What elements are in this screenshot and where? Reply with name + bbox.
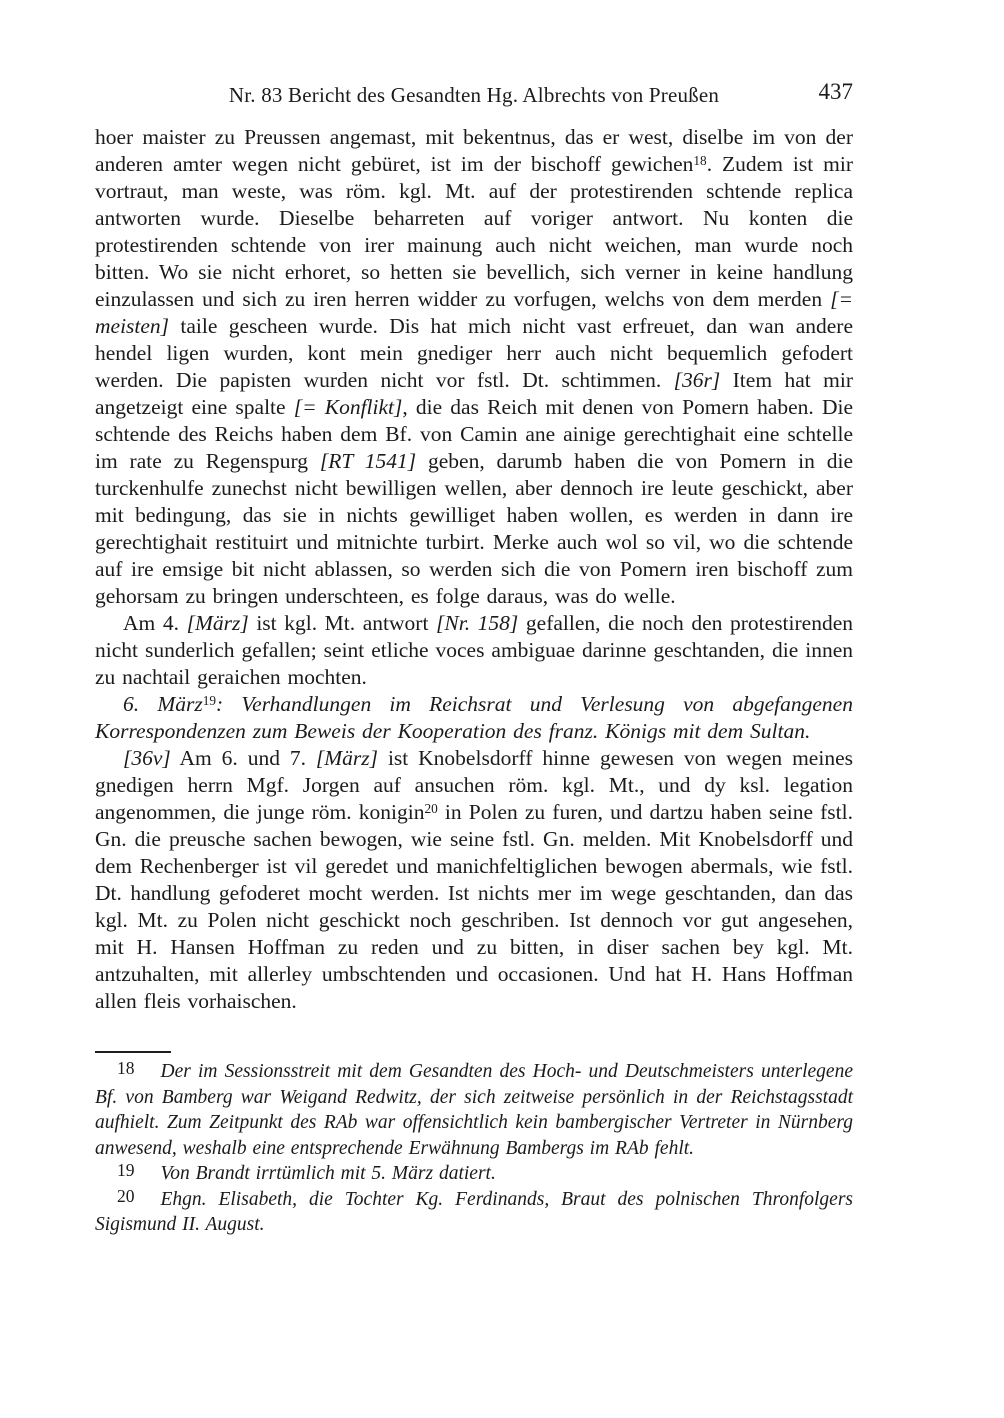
footnote-ref: 19 [203, 693, 216, 708]
body-text: hoer maister zu Preussen angemast, mit b… [95, 124, 853, 1015]
footnote: 18Der im Sessionsstreit mit dem Gesandte… [95, 1059, 853, 1161]
text-segment: [RT 1541] [320, 449, 416, 473]
footnote-number: 20 [117, 1184, 135, 1210]
footnote-number: 19 [117, 1158, 135, 1184]
body-paragraph: 6. März19: Verhandlungen im Reichsrat un… [95, 691, 853, 745]
text-segment: [März] [316, 746, 378, 770]
footnotes-section: 18Der im Sessionsstreit mit dem Gesandte… [95, 1059, 853, 1238]
footnote: 19Von Brandt irrtümlich mit 5. März dati… [95, 1161, 853, 1187]
text-block: Nr. 83 Bericht des Gesandten Hg. Albrech… [95, 82, 853, 1238]
text-segment: Der im Sessionsstreit mit dem Gesandten … [95, 1061, 853, 1159]
running-head: Nr. 83 Bericht des Gesandten Hg. Albrech… [95, 82, 853, 108]
text-segment: Ehgn. Elisabeth, die Tochter Kg. Ferdina… [95, 1189, 853, 1236]
text-segment: Am 4. [123, 611, 187, 635]
footnote-separator [95, 1051, 171, 1053]
page-number: 437 [819, 79, 854, 105]
book-page: Nr. 83 Bericht des Gesandten Hg. Albrech… [0, 0, 1004, 1418]
text-segment: 6. März [123, 692, 203, 716]
text-segment: Von Brandt irrtümlich mit 5. März datier… [161, 1163, 496, 1184]
page-header: Nr. 83 Bericht des Gesandten Hg. Albrech… [95, 82, 853, 112]
footnote: 20Ehgn. Elisabeth, die Tochter Kg. Ferdi… [95, 1187, 853, 1238]
text-segment: Am 6. und 7. [171, 746, 316, 770]
body-paragraph: hoer maister zu Preussen angemast, mit b… [95, 124, 853, 610]
text-segment: ist kgl. Mt. antwort [249, 611, 436, 635]
body-paragraph: [36v] Am 6. und 7. [März] ist Knobelsdor… [95, 745, 853, 1015]
text-segment: [März] [187, 611, 249, 635]
footnote-number: 18 [117, 1056, 135, 1082]
text-segment: [36v] [123, 746, 171, 770]
text-segment: [= Konflikt] [294, 395, 403, 419]
text-segment: in Polen zu furen, und dartzu haben sein… [95, 800, 853, 1013]
footnote-ref: 20 [424, 801, 437, 816]
text-segment: [Nr. 158] [436, 611, 518, 635]
footnote-ref: 18 [693, 153, 706, 168]
text-segment: [36r] [674, 368, 721, 392]
body-paragraph: Am 4. [März] ist kgl. Mt. antwort [Nr. 1… [95, 610, 853, 691]
